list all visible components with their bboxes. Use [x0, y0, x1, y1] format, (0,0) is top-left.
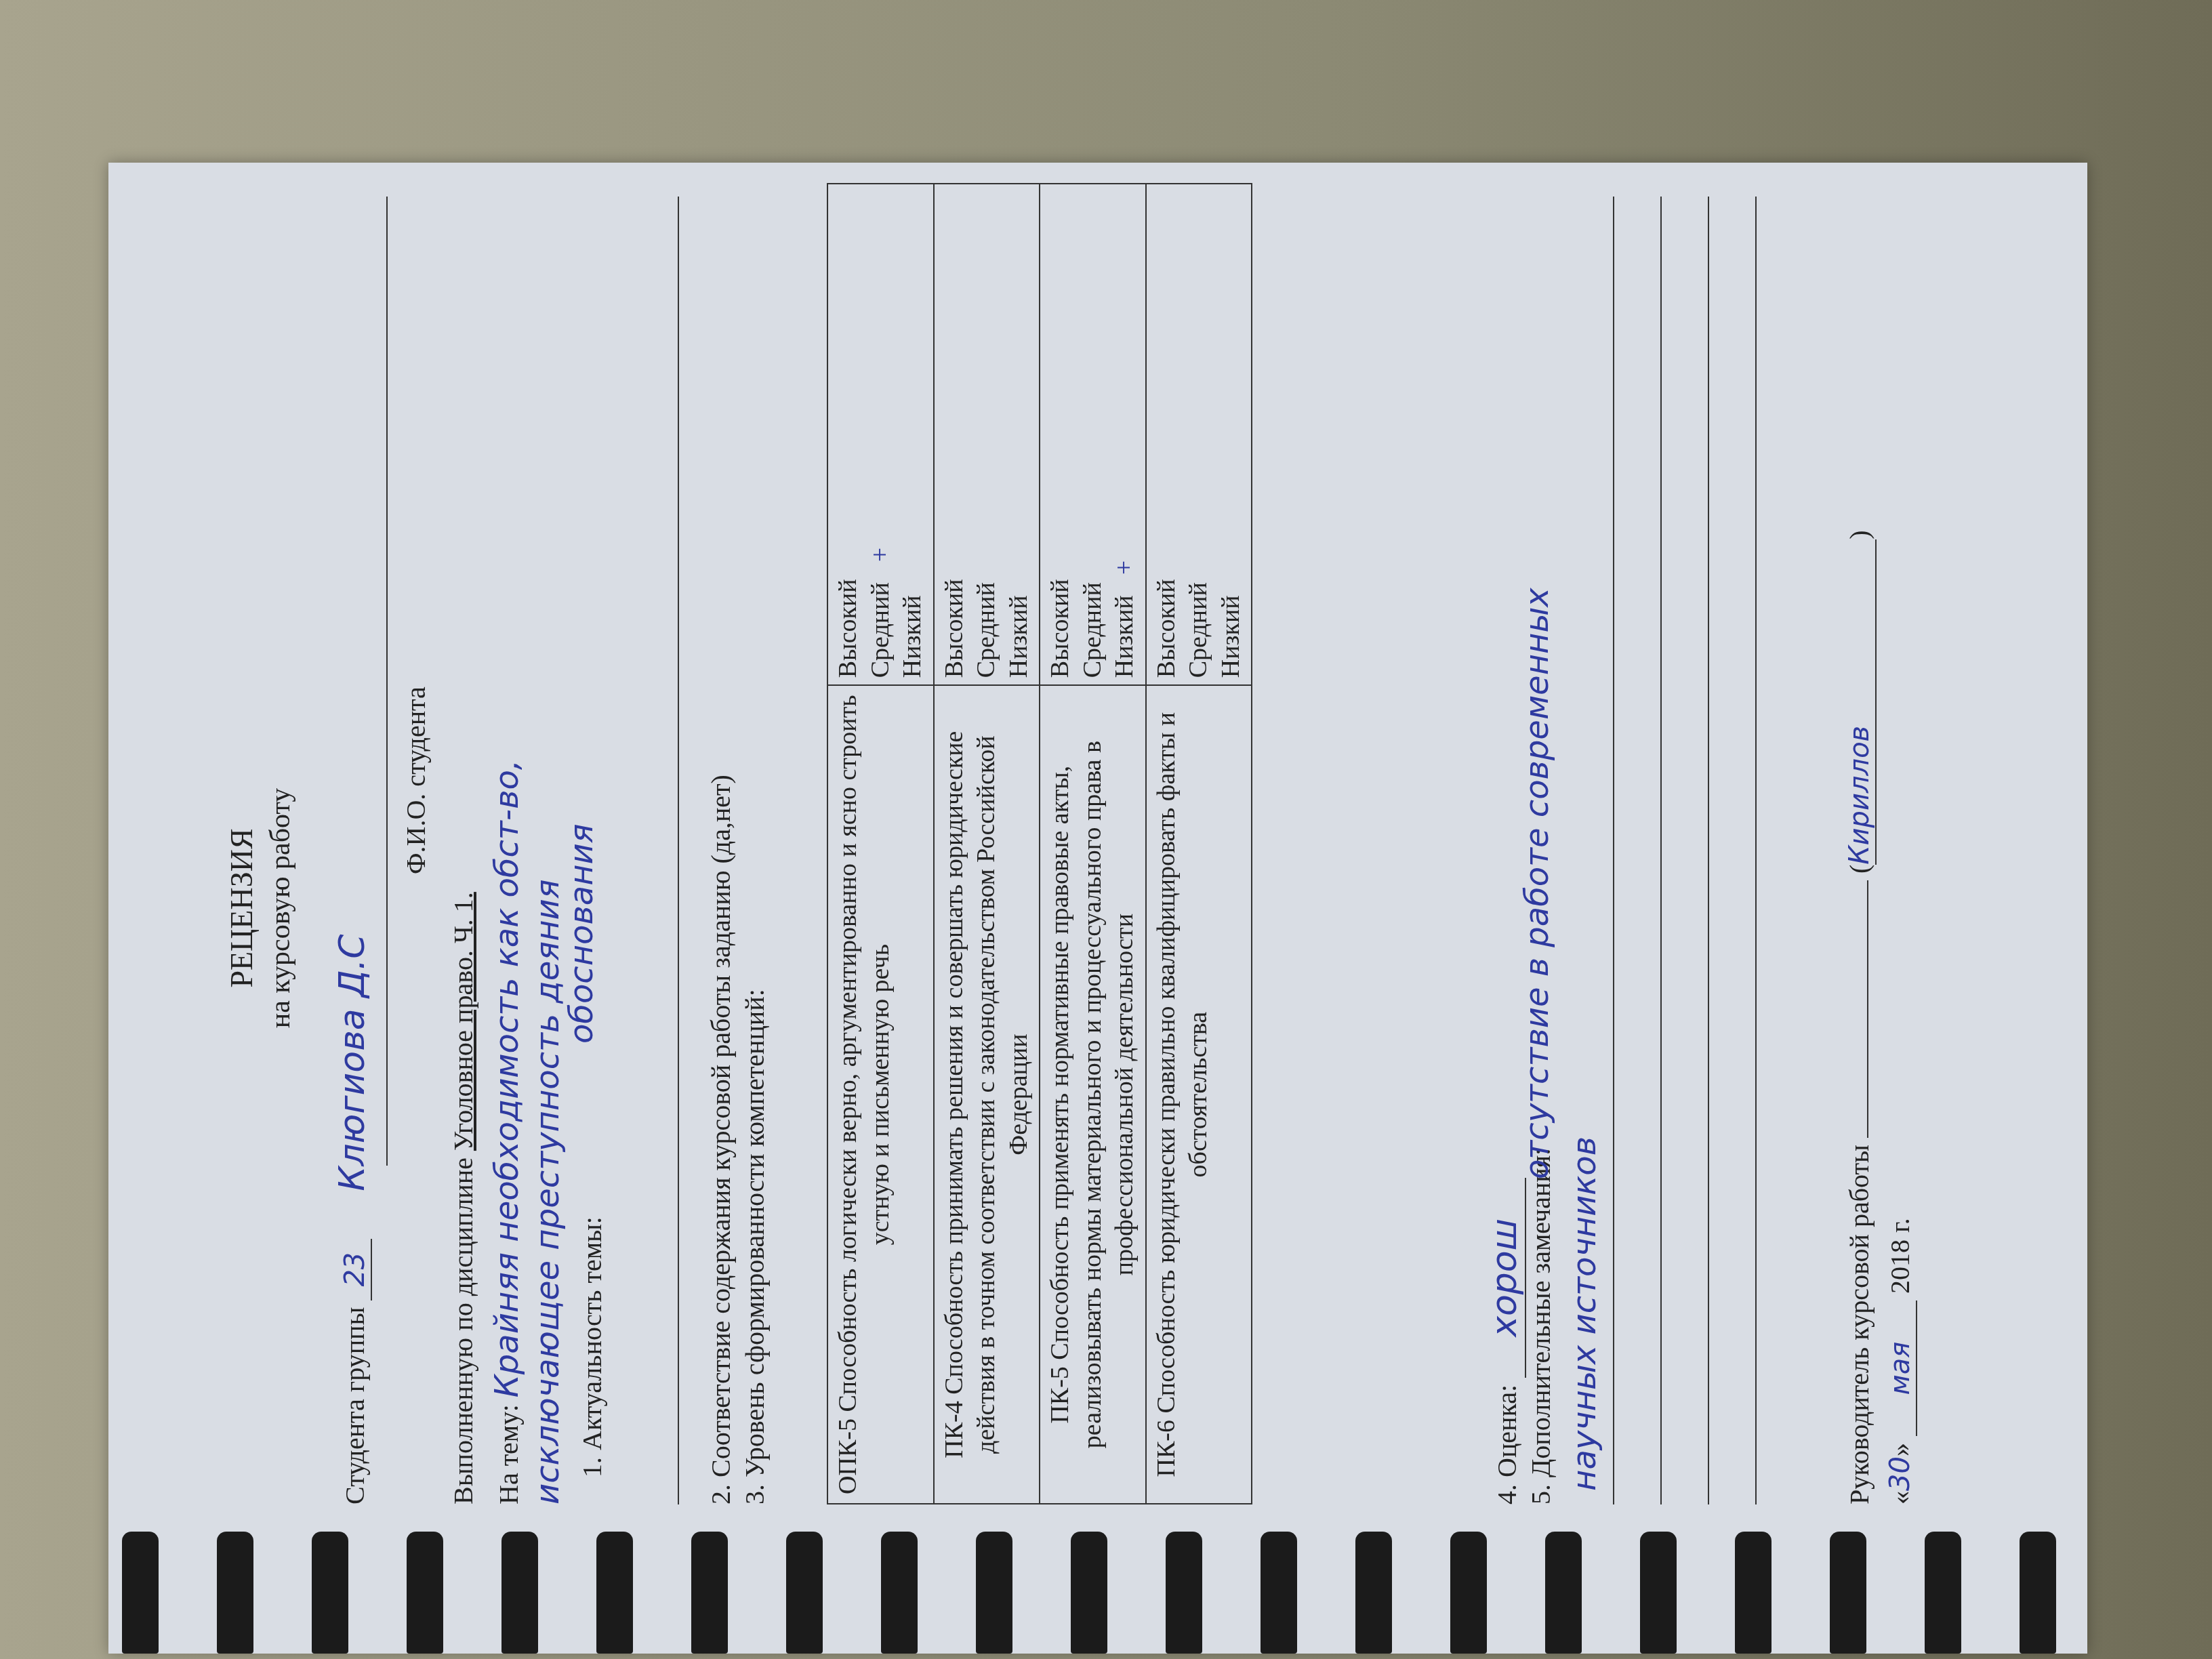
competence-desc: ПК-5 Способность применять нормативные п…	[1040, 685, 1146, 1504]
date-day: 30	[1885, 1456, 1916, 1491]
level-option: Средний	[1077, 191, 1109, 678]
topic-value-1: Крайняя необходимость как обст-во,	[488, 760, 526, 1397]
fio-caption: Ф.И.О. студента	[400, 687, 432, 874]
topic-label: На тему:	[493, 1404, 524, 1504]
group-value: 23	[340, 1239, 372, 1300]
level-option: Высокий	[832, 191, 865, 678]
grade-label: 4. Оценка:	[1492, 1385, 1522, 1504]
remarks-label: 5. Дополнительные замечания:	[1525, 1148, 1557, 1504]
level-option: Высокий	[1044, 191, 1077, 678]
level-option: Низкий	[1003, 191, 1036, 678]
competence-row: ПК-4 Способность принимать решения и сов…	[934, 184, 1040, 1504]
topic-line: На тему: Крайняя необходимость как обст-…	[488, 760, 526, 1504]
competence-table: ОПК-5 Способность логически верно, аргум…	[827, 183, 1252, 1504]
competence-label: 3. Уровень сформированности компетенций:	[739, 989, 771, 1504]
date-line: «30» мая 2018 г.	[1884, 1218, 1917, 1504]
competence-levels: ВысокийСреднийНизкий	[1146, 184, 1252, 685]
discipline-label: Выполненную по дисциплине	[448, 1158, 478, 1504]
check-mark-icon: +	[866, 548, 895, 562]
date-year: 2018 г.	[1885, 1218, 1915, 1294]
relevance-label: 1. Актуальность темы:	[576, 1216, 608, 1477]
competence-row: ПК-6 Способность юридически правильно кв…	[1146, 184, 1252, 1504]
competence-row: ПК-5 Способность применять нормативные п…	[1040, 184, 1146, 1504]
document-rotated: РЕЦЕНЗИЯ на курсовую работу Студента гру…	[108, 163, 2087, 1654]
remarks-value-2: научных источников	[1565, 1136, 1603, 1491]
level-option: Средний	[970, 191, 1003, 678]
topic-value-3: обоснования	[562, 823, 600, 1044]
remarks-rule-2	[1660, 197, 1662, 1504]
supervisor-line: Руководитель курсовой работы (Кириллов)	[1843, 530, 1877, 1504]
competence-levels: ВысокийСреднийНизкий+	[1040, 184, 1146, 685]
student-name: Клюгиова Д.С	[332, 934, 373, 1191]
date-month: мая	[1885, 1300, 1917, 1436]
competence-desc: ПК-6 Способность юридически правильно кв…	[1146, 685, 1252, 1504]
remarks-rule-1	[1613, 197, 1614, 1504]
level-option: Высокий	[939, 191, 971, 678]
level-option: Низкий+	[1109, 191, 1141, 678]
group-label: Студента группы	[340, 1307, 370, 1504]
competence-levels: ВысокийСреднийНизкий	[934, 184, 1040, 685]
review-form: РЕЦЕНЗИЯ на курсовую работу Студента гру…	[108, 163, 2087, 1654]
competence-desc: ПК-4 Способность принимать решения и сов…	[934, 685, 1040, 1504]
remarks-value-1: отсутствие в работе современных	[1518, 588, 1556, 1179]
group-line: Студента группы 23 Клюгиова Д.С	[332, 934, 373, 1504]
level-option: Средний	[1183, 191, 1215, 678]
supervisor-name: Кириллов	[1844, 539, 1877, 865]
topic-value-2: исключающее преступность деяния	[529, 879, 567, 1504]
competence-desc: ОПК-5 Способность логически верно, аргум…	[827, 685, 934, 1504]
remarks-rule-3	[1708, 197, 1709, 1504]
competence-levels: ВысокийСредний+Низкий	[827, 184, 934, 685]
signature-field	[1867, 880, 1868, 1138]
competence-row: ОПК-5 Способность логически верно, аргум…	[827, 184, 934, 1504]
level-option: Низкий	[1215, 191, 1248, 678]
grade-value: хорош	[1484, 1178, 1526, 1378]
level-option: Средний+	[865, 191, 897, 678]
remarks-rule-4	[1755, 197, 1757, 1504]
check-mark-icon: +	[1110, 560, 1139, 575]
discipline-line: Выполненную по дисциплине Уголовное прав…	[447, 892, 479, 1504]
doc-title: РЕЦЕНЗИЯ	[224, 163, 260, 1654]
compliance-label: 2. Соответствие содержания курсовой рабо…	[705, 775, 737, 1504]
supervisor-label: Руководитель курсовой работы	[1844, 1145, 1875, 1504]
discipline-value: Уголовное право. Ч. 1.	[448, 892, 478, 1151]
grade-line: 4. Оценка: хорош	[1484, 1178, 1525, 1504]
level-option: Низкий	[897, 191, 929, 678]
name-rule	[386, 197, 388, 1166]
doc-subtitle: на курсовую работу	[264, 163, 297, 1654]
relevance-rule	[678, 197, 679, 1504]
level-option: Высокий	[1151, 191, 1183, 678]
